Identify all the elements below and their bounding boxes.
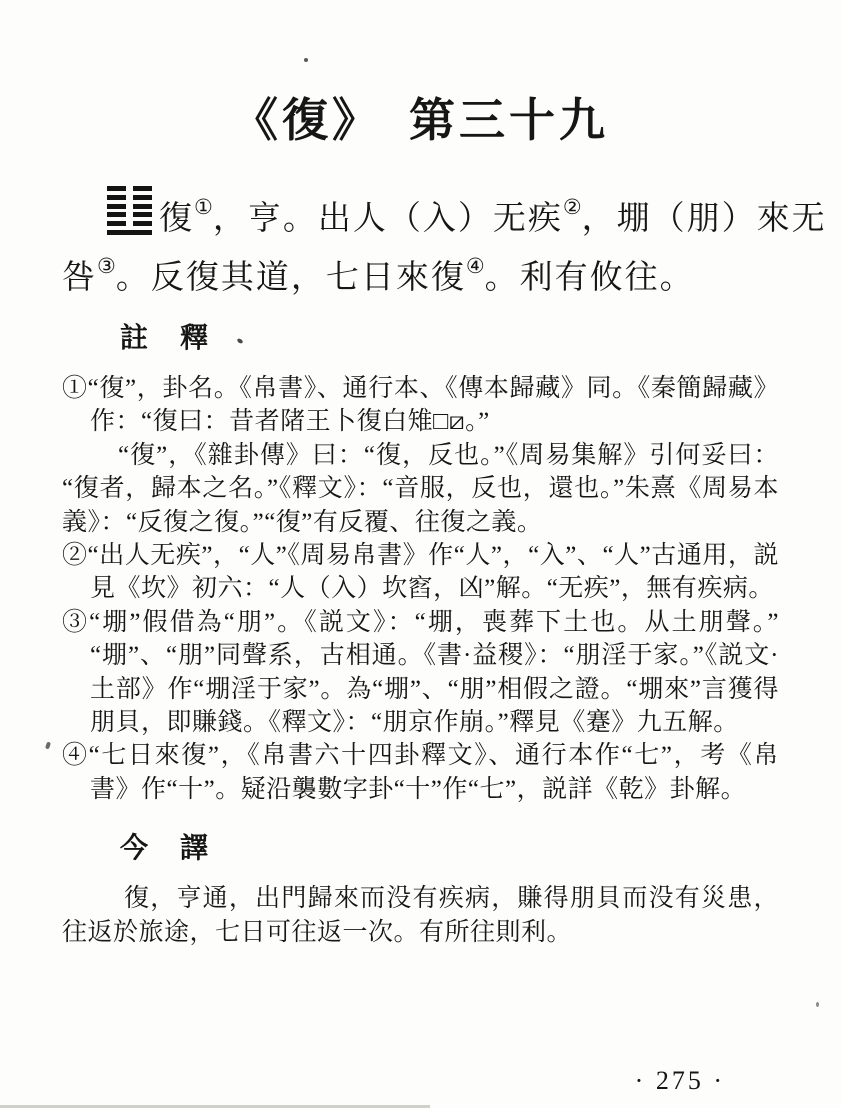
- statement-text: ，堋（朋）來无: [582, 201, 827, 237]
- page-number: · 275 ·: [635, 1066, 725, 1096]
- note-ref-3: ③: [97, 254, 116, 278]
- hexagram-line-yin: [107, 212, 152, 217]
- translation-body: 復，亨通，出門歸來而没有疾病，賺得朋貝而没有災患，往返於旅途，七日可往返一次。有…: [62, 882, 779, 950]
- note-ref-4: ④: [466, 254, 485, 278]
- hexagram-line-bar: [107, 204, 126, 209]
- hexagram-line-bar: [107, 230, 152, 235]
- annotation-1-paragraph-1: ①“復”，卦名。《帛書》、通行本、《傳本歸藏》同。《秦簡歸藏》作：“復曰：昔者陼…: [62, 372, 779, 439]
- hexagram-line-bar: [107, 221, 126, 226]
- hexagram-line-yang: [107, 230, 152, 235]
- hexagram-symbol: [107, 186, 152, 235]
- hexagram-statement: 復①，亨。出人（入）无疾②，堋（朋）來无 咎③。反復其道，七日來復④。利有攸往。: [62, 186, 779, 308]
- annotations-section: ①“復”，卦名。《帛書》、通行本、《傳本歸藏》同。《秦簡歸藏》作：“復曰：昔者陼…: [62, 372, 779, 806]
- hexagram-statement-line-1: 復①，亨。出人（入）无疾②，堋（朋）來无: [62, 186, 779, 249]
- annotation-2: ②“出人无疾”，“人”《周易帛書》作“人”，“入”、“人”古通用，説見《坎》初六…: [62, 539, 779, 606]
- hexagram-line-bar: [107, 195, 126, 200]
- book-page: 《復》 第三十九 復①，亨。出人（入）无疾②，堋（朋）來无 咎③。反復其道，七日…: [0, 0, 841, 1108]
- hexagram-line-bar: [133, 195, 152, 200]
- hexagram-line-bar: [107, 212, 126, 217]
- hexagram-line-bar: [133, 212, 152, 217]
- scan-speck: [45, 742, 51, 750]
- scan-speck: [304, 58, 308, 62]
- scan-speck: [816, 1002, 819, 1007]
- hexagram-line-yin: [107, 221, 152, 226]
- hexagram-line-bar: [133, 204, 152, 209]
- note-ref-1: ①: [194, 195, 213, 219]
- hexagram-line-bar: [107, 186, 126, 191]
- statement-text: 。反復其道，七日來復: [116, 260, 466, 296]
- scan-speck: [230, 268, 233, 271]
- hexagram-line-bar: [133, 221, 152, 226]
- statement-text: ，亨。出人（入）无疾: [213, 201, 563, 237]
- hexagram-line-bar: [133, 186, 152, 191]
- annotation-1-paragraph-2: “復”，《雜卦傳》曰：“復，反也。”《周易集解》引何妥曰：“復者，歸本之名。”《…: [62, 439, 779, 539]
- hexagram-line-yin: [107, 204, 152, 209]
- translation-header: 今 譯: [62, 832, 779, 866]
- statement-text: 咎: [62, 260, 97, 296]
- annotation-3: ③“堋”假借為“朋”。《説文》：“堋，喪葬下土也。从土朋聲。”“堋”、“朋”同聲…: [62, 606, 779, 740]
- statement-text: 復: [159, 201, 194, 237]
- chapter-title: 《復》 第三十九: [62, 92, 779, 150]
- statement-text: 。利有攸往。: [485, 260, 695, 296]
- annotations-header: 註 釋: [62, 322, 779, 356]
- annotation-4: ④“七日來復”，《帛書六十四卦釋文》、通行本作“七”，考《帛書》作“十”。疑沿襲…: [62, 739, 779, 806]
- hexagram-statement-line-2: 咎③。反復其道，七日來復④。利有攸往。: [62, 249, 779, 308]
- note-ref-2: ②: [563, 195, 582, 219]
- hexagram-line-yin: [107, 186, 152, 191]
- hexagram-line-yin: [107, 195, 152, 200]
